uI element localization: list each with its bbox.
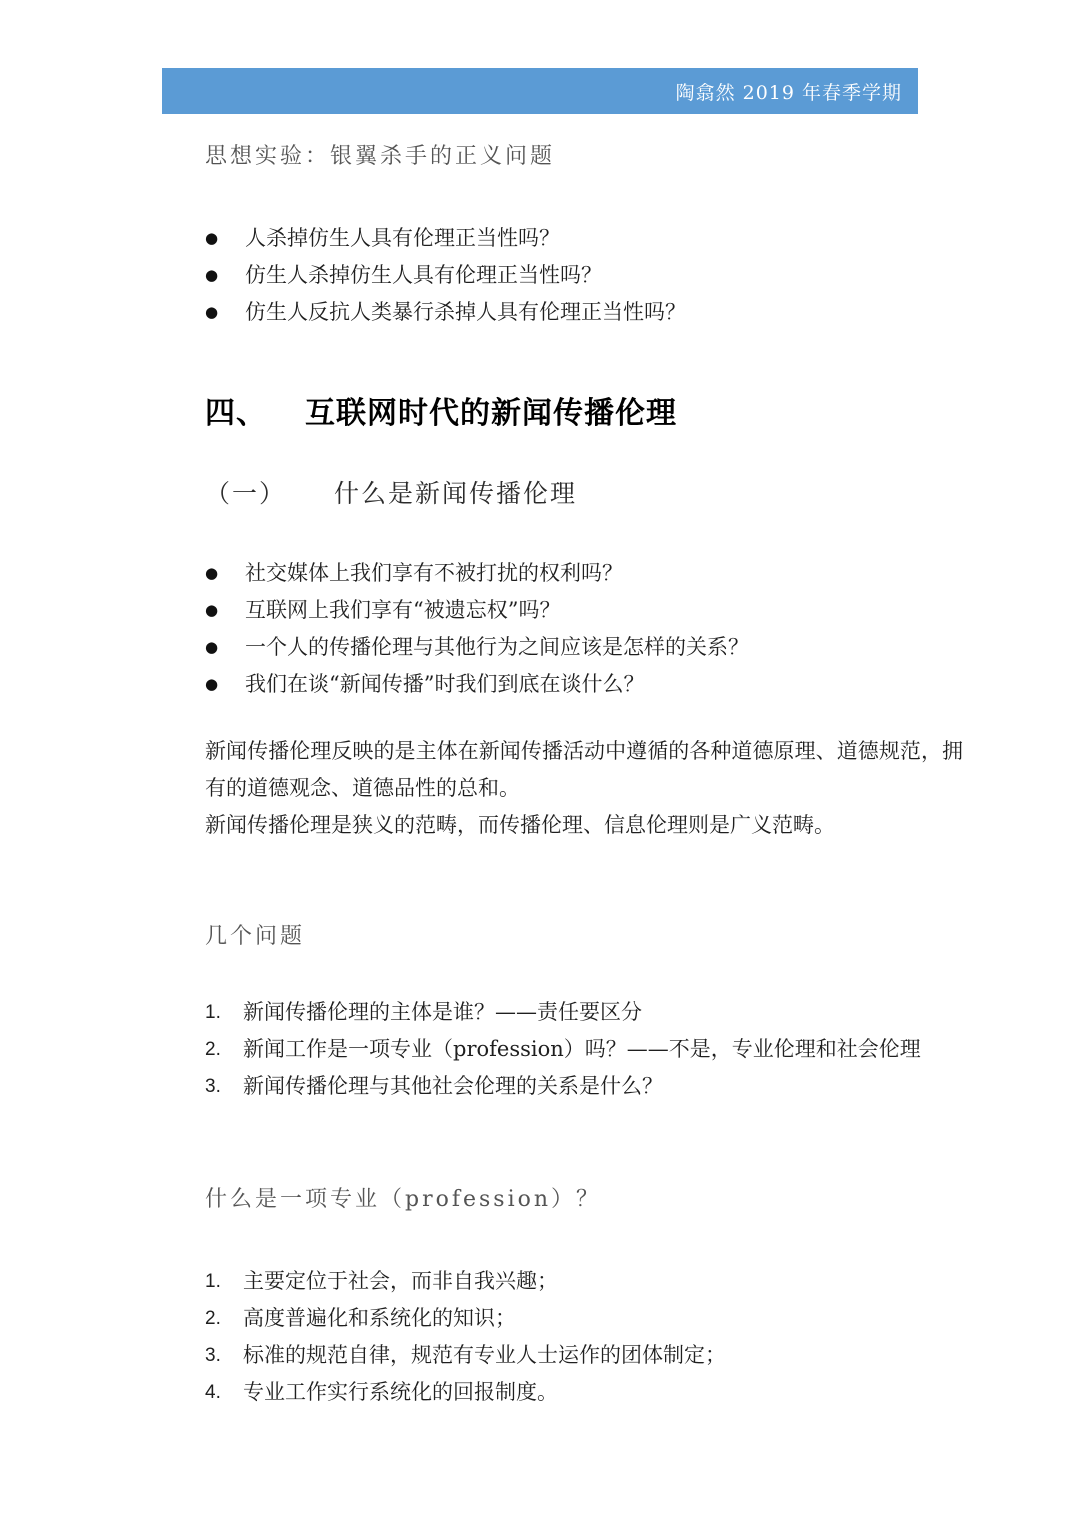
subsection-number: （一） <box>205 479 286 508</box>
list-item-text: 人杀掉仿生人具有伦理正当性吗？ <box>245 220 560 257</box>
document-page: 陶翕然 2019 年春季学期 思想实验：银翼杀手的正义问题 ● 人杀掉仿生人具有… <box>0 0 1080 1527</box>
subsection-title: 什么是新闻传播伦理 <box>334 479 577 508</box>
list-item-text: 主要定位于社会，而非自我兴趣； <box>243 1263 558 1300</box>
bullet-icon: ● <box>205 294 245 331</box>
definition-paragraph-1: 新闻传播伦理反映的是主体在新闻传播活动中遵循的各种道德原理、道德规范，拥有的道德… <box>205 733 963 807</box>
chapter-heading: 四、互联网时代的新闻传播伦理 <box>205 395 963 433</box>
list-item: 2. 高度普遍化和系统化的知识； <box>205 1300 963 1337</box>
list-item: ● 互联网上我们享有“被遗忘权”吗？ <box>205 592 963 629</box>
chapter-title: 互联网时代的新闻传播伦理 <box>305 396 677 431</box>
section-title-thought-experiment: 思想实验：银翼杀手的正义问题 <box>205 142 963 172</box>
section-title-several-questions: 几个问题 <box>205 922 963 952</box>
list-item-text: 一个人的传播伦理与其他行为之间应该是怎样的关系？ <box>245 629 749 666</box>
bullet-icon: ● <box>205 629 245 666</box>
definition-paragraph-2: 新闻传播伦理是狭义的范畴，而传播伦理、信息伦理则是广义范畴。 <box>205 807 963 844</box>
list-item: ● 人杀掉仿生人具有伦理正当性吗？ <box>205 220 963 257</box>
list-item-text: 新闻工作是一项专业（profession）吗？——不是，专业伦理和社会伦理 <box>243 1031 921 1068</box>
list-item-text: 新闻传播伦理与其他社会伦理的关系是什么？ <box>243 1068 663 1105</box>
list-item: ● 仿生人反抗人类暴行杀掉人具有伦理正当性吗？ <box>205 294 963 331</box>
bullet-list-blade-runner: ● 人杀掉仿生人具有伦理正当性吗？ ● 仿生人杀掉仿生人具有伦理正当性吗？ ● … <box>205 220 963 331</box>
list-item-number: 1. <box>205 994 243 1031</box>
list-item: 3. 新闻传播伦理与其他社会伦理的关系是什么？ <box>205 1068 963 1105</box>
list-item: 1. 新闻传播伦理的主体是谁？——责任要区分 <box>205 994 963 1031</box>
bullet-icon: ● <box>205 555 245 592</box>
list-item-number: 2. <box>205 1031 243 1068</box>
list-item-number: 3. <box>205 1068 243 1105</box>
list-item-text: 互联网上我们享有“被遗忘权”吗？ <box>245 592 560 629</box>
list-item-text: 高度普遍化和系统化的知识； <box>243 1300 516 1337</box>
list-item-text: 新闻传播伦理的主体是谁？——责任要区分 <box>243 994 642 1031</box>
list-item: 1. 主要定位于社会，而非自我兴趣； <box>205 1263 963 1300</box>
bullet-list-ethics-questions: ● 社交媒体上我们享有不被打扰的权利吗？ ● 互联网上我们享有“被遗忘权”吗？ … <box>205 555 963 703</box>
list-item: ● 社交媒体上我们享有不被打扰的权利吗？ <box>205 555 963 592</box>
numbered-list-several-questions: 1. 新闻传播伦理的主体是谁？——责任要区分 2. 新闻工作是一项专业（prof… <box>205 994 963 1105</box>
list-item-text: 标准的规范自律，规范有专业人士运作的团体制定； <box>243 1337 726 1374</box>
list-item-text: 我们在谈“新闻传播”时我们到底在谈什么？ <box>245 666 644 703</box>
subsection-heading: （一）什么是新闻传播伦理 <box>205 477 963 511</box>
list-item-number: 2. <box>205 1300 243 1337</box>
bullet-icon: ● <box>205 220 245 257</box>
list-item: ● 我们在谈“新闻传播”时我们到底在谈什么？ <box>205 666 963 703</box>
list-item: 3. 标准的规范自律，规范有专业人士运作的团体制定； <box>205 1337 963 1374</box>
list-item-number: 4. <box>205 1374 243 1411</box>
document-content: 思想实验：银翼杀手的正义问题 ● 人杀掉仿生人具有伦理正当性吗？ ● 仿生人杀掉… <box>205 0 963 1411</box>
list-item-text: 仿生人反抗人类暴行杀掉人具有伦理正当性吗？ <box>245 294 686 331</box>
list-item: 2. 新闻工作是一项专业（profession）吗？——不是，专业伦理和社会伦理 <box>205 1031 963 1068</box>
list-item-text: 仿生人杀掉仿生人具有伦理正当性吗？ <box>245 257 602 294</box>
list-item-number: 1. <box>205 1263 243 1300</box>
bullet-icon: ● <box>205 257 245 294</box>
list-item: 4. 专业工作实行系统化的回报制度。 <box>205 1374 963 1411</box>
section-title-profession: 什么是一项专业（profession）？ <box>205 1185 963 1215</box>
list-item-text: 社交媒体上我们享有不被打扰的权利吗？ <box>245 555 623 592</box>
definition-paragraphs: 新闻传播伦理反映的是主体在新闻传播活动中遵循的各种道德原理、道德规范，拥有的道德… <box>205 733 963 844</box>
list-item: ● 一个人的传播伦理与其他行为之间应该是怎样的关系？ <box>205 629 963 666</box>
bullet-icon: ● <box>205 592 245 629</box>
chapter-number: 四、 <box>205 396 267 431</box>
list-item-text: 专业工作实行系统化的回报制度。 <box>243 1374 558 1411</box>
bullet-icon: ● <box>205 666 245 703</box>
list-item: ● 仿生人杀掉仿生人具有伦理正当性吗？ <box>205 257 963 294</box>
list-item-number: 3. <box>205 1337 243 1374</box>
numbered-list-profession-criteria: 1. 主要定位于社会，而非自我兴趣； 2. 高度普遍化和系统化的知识； 3. 标… <box>205 1263 963 1411</box>
